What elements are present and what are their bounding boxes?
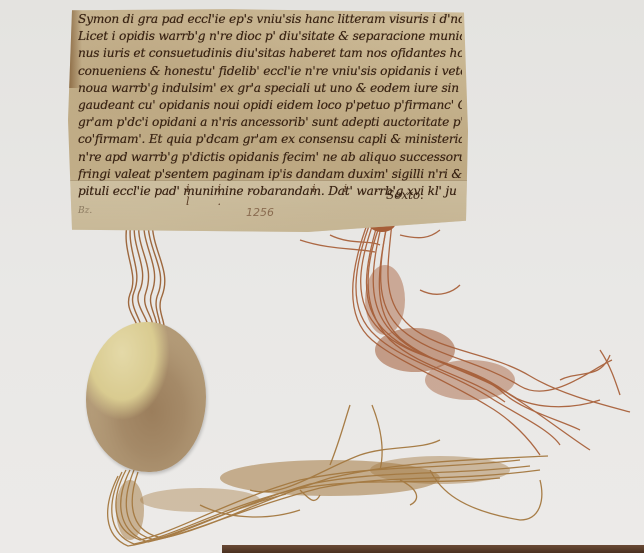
shelf-mark: Bz. [78, 206, 92, 216]
wax-seal [86, 322, 206, 472]
charter-line: noua warrb'g indulsim' ex gr'a speciali … [78, 80, 462, 97]
closing-word: Sexto. [386, 188, 424, 202]
charter-line: gr'am p'dc'i opidani a n'ris ancessorib'… [78, 114, 462, 131]
parchment-charter: Symon di gra pad eccl'ie ep's vniu'sis h… [68, 8, 468, 232]
charter-line: nus iuris et consuetudinis diu'sitas hab… [78, 45, 462, 62]
charter-line: gaudeant cu' opidanis noui opidi eidem l… [78, 97, 462, 114]
charter-line: conueniens & honestu' fidelib' eccl'ie n… [78, 63, 462, 80]
charter-line: n're apd warrb'g p'dictis opidanis fecim… [78, 149, 462, 166]
left-cord [126, 214, 165, 330]
table-edge [222, 545, 644, 553]
charter-photograph: Symon di gra pad eccl'ie ep's vniu'sis h… [0, 0, 644, 553]
charter-text: Symon di gra pad eccl'ie ep's vniu'sis h… [78, 11, 462, 200]
fold-marks: ii. ii. l. [186, 182, 468, 208]
archival-date-note: 1256 [246, 206, 274, 219]
charter-line: co'firmam'. Et quia p'dcam gr'am ex cons… [78, 131, 462, 148]
charter-line: Symon di gra pad eccl'ie ep's vniu'sis h… [78, 11, 462, 28]
charter-line: Licet i opidis warrb'g n're dioc p' diu'… [78, 28, 462, 45]
charter-line: fringi valeat p'sentem paginam ip'is dan… [78, 166, 462, 183]
right-tassel [300, 215, 630, 455]
